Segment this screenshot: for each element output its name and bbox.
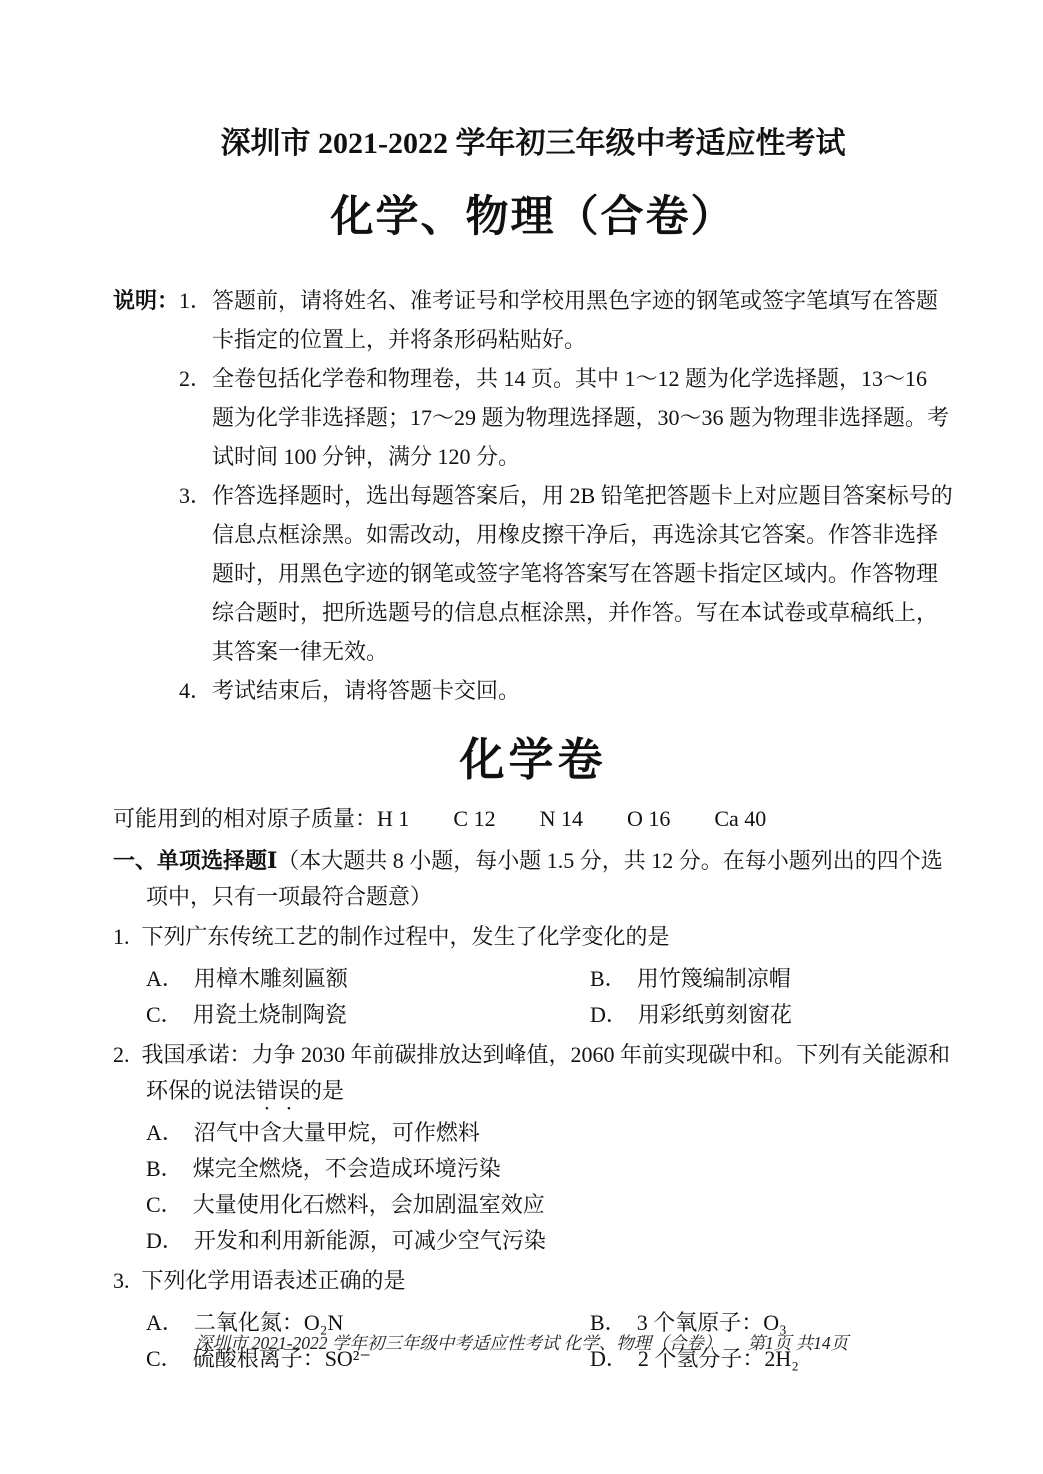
instructions-block: 说明： 1．答题前，请将姓名、准考证号和学校用黑色字迹的钢笔或签字笔填写在答题卡… — [113, 281, 953, 710]
question-1-option-a: A．用樟木雕刻匾额 — [146, 961, 590, 997]
section-1-title: 一、单项选择题Ⅰ（本大题共 8 小题，每小题 1.5 分，共 12 分。在每小题… — [113, 843, 953, 915]
question-2-option-b-label: B． — [146, 1156, 183, 1181]
question-2: 2.我国承诺：力争 2030 年前碳排放达到峰值，2060 年前实现碳中和。下列… — [113, 1037, 953, 1259]
question-2-stem-emphasis: 错误 — [256, 1078, 300, 1103]
question-2-option-c: C．大量使用化石燃料，会加剧温室效应 — [146, 1187, 953, 1223]
section-1-title-bold: 一、单项选择题Ⅰ — [113, 848, 277, 873]
question-1-option-b-text: 用竹篾编制凉帽 — [637, 966, 791, 991]
question-2-option-d-text: 开发和利用新能源，可减少空气污染 — [194, 1228, 546, 1253]
question-1-option-b-label: B． — [590, 966, 627, 991]
question-1-option-c: C．用瓷土烧制陶瓷 — [146, 997, 590, 1033]
question-1-option-c-text: 用瓷土烧制陶瓷 — [193, 1002, 347, 1027]
question-2-stem: 2.我国承诺：力争 2030 年前碳排放达到峰值，2060 年前实现碳中和。下列… — [113, 1037, 953, 1115]
instructions-label: 说明： — [113, 281, 179, 710]
chemistry-section-heading: 化学卷 — [113, 734, 953, 786]
question-3-stem-text: 下列化学用语表述正确的是 — [142, 1268, 406, 1293]
question-1-option-b: B．用竹篾编制凉帽 — [590, 961, 953, 997]
atomic-masses-line: 可能用到的相对原子质量：H 1 C 12 N 14 O 16 Ca 40 — [113, 799, 953, 838]
page-title: 深圳市 2021-2022 学年初三年级中考适应性考试 — [113, 127, 953, 161]
question-2-option-d-label: D． — [146, 1228, 184, 1253]
exam-paper-page: 深圳市 2021-2022 学年初三年级中考适应性考试 化学、物理（合卷） 说明… — [0, 0, 1043, 1474]
question-2-stem-tail: 的是 — [300, 1078, 344, 1103]
question-2-option-a-text: 沼气中含大量甲烷，可作燃料 — [194, 1120, 480, 1145]
page-subtitle: 化学、物理（合卷） — [113, 190, 953, 246]
question-3-stem: 3.下列化学用语表述正确的是 — [113, 1263, 953, 1305]
question-2-option-b: B．煤完全燃烧，不会造成环境污染 — [146, 1151, 953, 1187]
question-2-options: A．沼气中含大量甲烷，可作燃料 B．煤完全燃烧，不会造成环境污染 C．大量使用化… — [146, 1115, 953, 1259]
question-1-stem-text: 下列广东传统工艺的制作过程中，发生了化学变化的是 — [142, 924, 670, 949]
question-1-option-d: D．用彩纸剪刻窗花 — [590, 997, 953, 1033]
question-1-option-c-label: C． — [146, 1002, 183, 1027]
question-3: 3.下列化学用语表述正确的是 A．二氧化氮：O₂N B．3 个氧原子：O₃ C．… — [113, 1263, 953, 1377]
instruction-item-1: 1．答题前，请将姓名、准考证号和学校用黑色字迹的钢笔或签字笔填写在答题卡指定的位… — [179, 281, 953, 359]
question-2-number: 2. — [113, 1042, 130, 1067]
question-2-option-a-label: A． — [146, 1120, 184, 1145]
question-1: 1.下列广东传统工艺的制作过程中，发生了化学变化的是 A．用樟木雕刻匾额 B．用… — [113, 919, 953, 1033]
question-1-option-d-text: 用彩纸剪刻窗花 — [638, 1002, 792, 1027]
question-1-stem: 1.下列广东传统工艺的制作过程中，发生了化学变化的是 — [113, 919, 953, 961]
question-2-option-c-text: 大量使用化石燃料，会加剧温室效应 — [193, 1192, 545, 1217]
question-1-number: 1. — [113, 924, 130, 949]
instruction-item-4: 4．考试结束后，请将答题卡交回。 — [179, 671, 953, 710]
instructions-items: 1．答题前，请将姓名、准考证号和学校用黑色字迹的钢笔或签字笔填写在答题卡指定的位… — [179, 281, 953, 710]
question-1-option-a-label: A． — [146, 966, 184, 991]
question-2-option-d: D．开发和利用新能源，可减少空气污染 — [146, 1223, 953, 1259]
page-footer: 深圳市 2021-2022 学年初三年级中考适应性考试 化学、物理（合卷） 第1… — [0, 1332, 1043, 1354]
question-1-options: A．用樟木雕刻匾额 B．用竹篾编制凉帽 C．用瓷土烧制陶瓷 D．用彩纸剪刻窗花 — [146, 961, 953, 1033]
question-3-number: 3. — [113, 1268, 130, 1293]
question-2-option-c-label: C． — [146, 1192, 183, 1217]
instruction-item-2: 2．全卷包括化学卷和物理卷，共 14 页。其中 1～12 题为化学选择题，13～… — [179, 359, 953, 476]
multiple-choice-section: 一、单项选择题Ⅰ（本大题共 8 小题，每小题 1.5 分，共 12 分。在每小题… — [113, 843, 953, 1377]
instruction-item-3: 3．作答选择题时，选出每题答案后，用 2B 铅笔把答题卡上对应题目答案标号的信息… — [179, 476, 953, 671]
question-2-option-b-text: 煤完全燃烧，不会造成环境污染 — [193, 1156, 501, 1181]
question-1-option-a-text: 用樟木雕刻匾额 — [194, 966, 348, 991]
question-2-option-a: A．沼气中含大量甲烷，可作燃料 — [146, 1115, 953, 1151]
question-1-option-d-label: D． — [590, 1002, 628, 1027]
